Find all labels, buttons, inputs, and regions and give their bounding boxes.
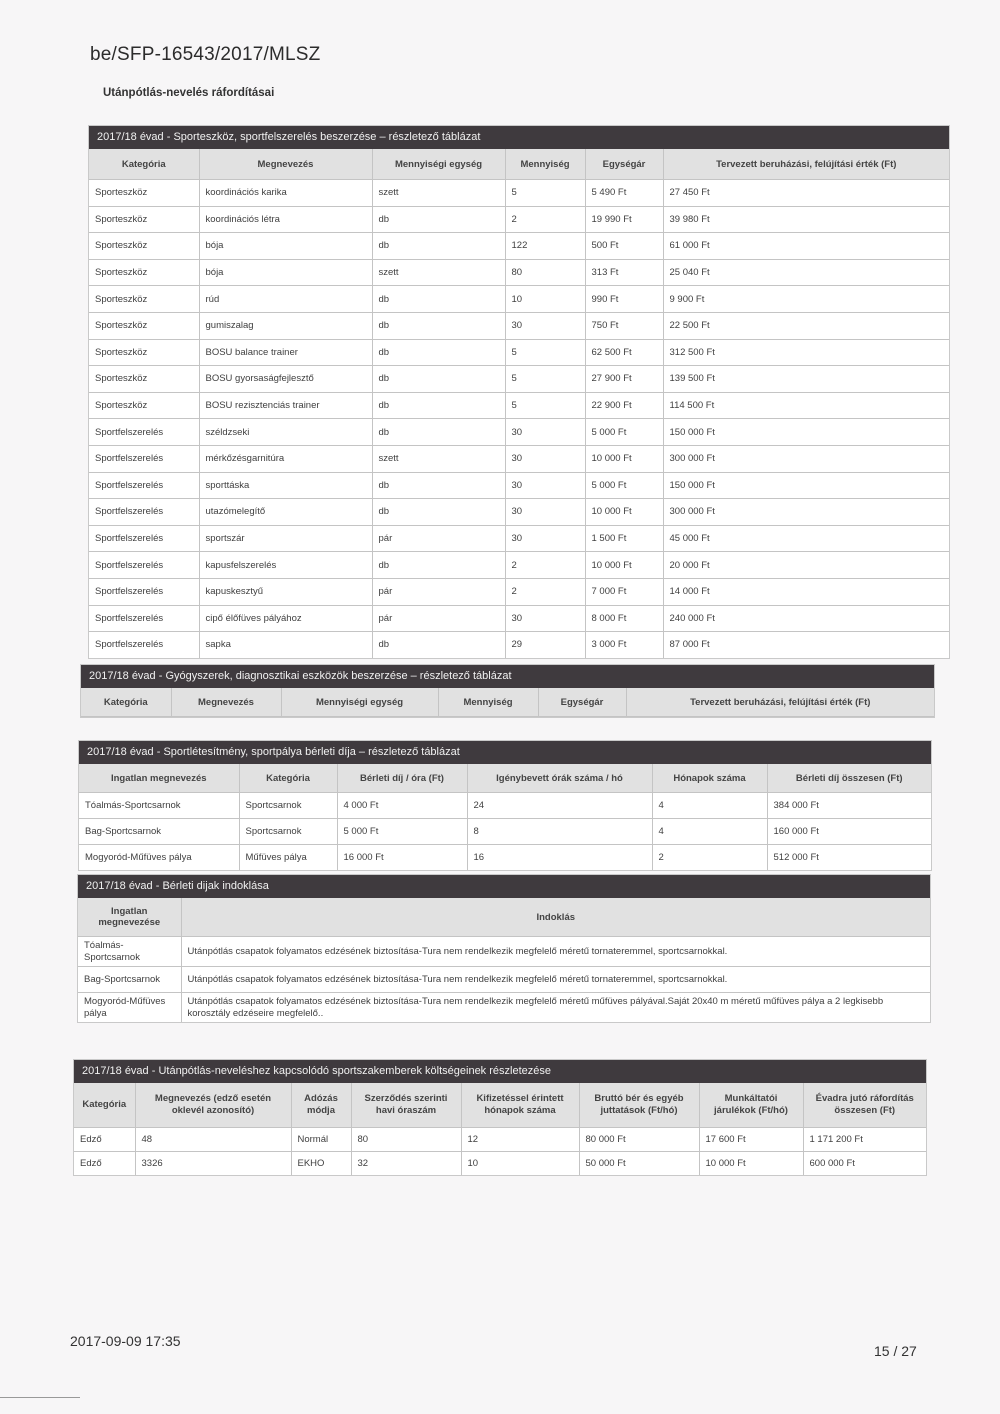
table-cell: Műfüves pálya	[239, 845, 337, 871]
table-cell: 4 000 Ft	[337, 793, 467, 819]
table-cell: Utánpótlás csapatok folyamatos edzésének…	[181, 993, 930, 1023]
table-row: Sportfelszerelésmérkőzésgarnitúraszett30…	[89, 445, 949, 472]
table-cell: 512 000 Ft	[767, 845, 931, 871]
table-row: Sportfelszereléssapkadb293 000 Ft87 000 …	[89, 632, 949, 658]
table-row: Sportfelszereléssporttáskadb305 000 Ft15…	[89, 472, 949, 499]
table-row: Sportfelszereléskapuskesztyűpár27 000 Ft…	[89, 578, 949, 605]
table-cell: Normál	[291, 1128, 351, 1152]
column-header: Munkáltatói járulékok (Ft/hó)	[699, 1083, 803, 1128]
table-cell: 62 500 Ft	[585, 339, 663, 366]
table-cell: 30	[505, 605, 585, 632]
table-cell: 20 000 Ft	[663, 552, 949, 579]
table-cell: Sporteszköz	[89, 312, 199, 339]
table-cell: 9 900 Ft	[663, 286, 949, 313]
table-cell: Utánpótlás csapatok folyamatos edzésének…	[181, 967, 930, 993]
header-row: KategóriaMegnevezésMennyiségi egységMenn…	[81, 688, 934, 717]
table-cell: gumiszalag	[199, 312, 372, 339]
table-row: Sporteszközkoordinációs létradb219 990 F…	[89, 206, 949, 233]
table-cell: 10 000 Ft	[585, 445, 663, 472]
table-cell: 1 500 Ft	[585, 525, 663, 552]
table-cell: 3326	[135, 1152, 291, 1176]
column-header: Mennyiség	[438, 688, 538, 717]
justification-table-header: Ingatlan megnevezéseIndoklás	[78, 898, 930, 937]
table-cell: 17 600 Ft	[699, 1128, 803, 1152]
table-cell: szett	[372, 259, 505, 286]
table-cell: db	[372, 312, 505, 339]
table-cell: 30	[505, 499, 585, 526]
table-cell: Sporteszköz	[89, 286, 199, 313]
table-cell: 1 171 200 Ft	[803, 1128, 926, 1152]
table-cell: 27 900 Ft	[585, 366, 663, 393]
table-cell: 30	[505, 312, 585, 339]
column-header: Tervezett beruházási, felújítási érték (…	[626, 688, 934, 717]
table-row: Bag-SportcsarnokUtánpótlás csapatok foly…	[78, 967, 930, 993]
table-row: Sporteszközbójaszett80313 Ft25 040 Ft	[89, 259, 949, 286]
table-cell: 50 000 Ft	[579, 1152, 699, 1176]
table-cell: 600 000 Ft	[803, 1152, 926, 1176]
table-cell: 312 500 Ft	[663, 339, 949, 366]
table-cell: 8 000 Ft	[585, 605, 663, 632]
page-number: 15 / 27	[874, 1343, 917, 1359]
table-cell: cipő élőfüves pályához	[199, 605, 372, 632]
table-cell: Mogyoród-Műfüves pálya	[78, 993, 181, 1023]
equipment-table-header: KategóriaMegnevezésMennyiségi egységMenn…	[89, 149, 949, 180]
table-cell: 10	[505, 286, 585, 313]
table-cell: BOSU gyorsaságfejlesztő	[199, 366, 372, 393]
table-row: Sportfelszereléskapusfelszerelésdb210 00…	[89, 552, 949, 579]
table-cell: rúd	[199, 286, 372, 313]
table-cell: 48	[135, 1128, 291, 1152]
section-title: Utánpótlás-nevelés ráfordításai	[103, 87, 274, 99]
table-cell: pár	[372, 525, 505, 552]
table-cell: db	[372, 286, 505, 313]
table-row: Tóalmás-SportcsarnokUtánpótlás csapatok …	[78, 937, 930, 967]
table-cell: db	[372, 552, 505, 579]
column-header: Ingatlan megnevezése	[78, 898, 181, 937]
table-row: Sportfelszereléscipő élőfüves pályáhozpá…	[89, 605, 949, 632]
table-cell: 80	[505, 259, 585, 286]
table-cell: koordinációs létra	[199, 206, 372, 233]
table-cell: 39 980 Ft	[663, 206, 949, 233]
table-cell: Tóalmás-Sportcsarnok	[78, 937, 181, 967]
table-cell: 29	[505, 632, 585, 658]
column-header: Adózás módja	[291, 1083, 351, 1128]
table-cell: 24	[467, 793, 652, 819]
table-cell: 30	[505, 419, 585, 446]
table-row: Tóalmás-SportcsarnokSportcsarnok4 000 Ft…	[79, 793, 931, 819]
table-cell: Edző	[74, 1152, 135, 1176]
table-cell: 500 Ft	[585, 233, 663, 260]
rental-table-header: Ingatlan megnevezésKategóriaBérleti díj …	[79, 764, 931, 793]
justification-table-title: 2017/18 évad - Bérleti dijak indoklása	[78, 875, 930, 898]
footer-divider	[0, 1397, 80, 1398]
table-cell: 10	[461, 1152, 579, 1176]
table-cell: 22 500 Ft	[663, 312, 949, 339]
column-header: Mennyiség	[505, 149, 585, 180]
column-header: Bérleti díj / óra (Ft)	[337, 764, 467, 793]
table-row: Bag-SportcsarnokSportcsarnok5 000 Ft8416…	[79, 819, 931, 845]
table-cell: db	[372, 419, 505, 446]
table-row: Sporteszközrúddb10990 Ft9 900 Ft	[89, 286, 949, 313]
table-cell: koordinációs karika	[199, 180, 372, 207]
table-cell: db	[372, 472, 505, 499]
medicine-table-header: KategóriaMegnevezésMennyiségi egységMenn…	[81, 688, 934, 717]
table-cell: mérkőzésgarnitúra	[199, 445, 372, 472]
column-header: Indoklás	[181, 898, 930, 937]
table-cell: db	[372, 233, 505, 260]
table-cell: 3 000 Ft	[585, 632, 663, 658]
table-row: Sporteszközbójadb122500 Ft61 000 Ft	[89, 233, 949, 260]
medicine-table-title: 2017/18 évad - Gyógyszerek, diagnosztika…	[81, 665, 934, 688]
table-cell: Utánpótlás csapatok folyamatos edzésének…	[181, 937, 930, 967]
table-cell: 8	[467, 819, 652, 845]
table-cell: bója	[199, 233, 372, 260]
table-cell: Sportfelszerelés	[89, 552, 199, 579]
table-cell: Sportfelszerelés	[89, 632, 199, 658]
table-cell: utazómelegítő	[199, 499, 372, 526]
table-cell: Sportcsarnok	[239, 793, 337, 819]
table-cell: pár	[372, 605, 505, 632]
table-cell: 25 040 Ft	[663, 259, 949, 286]
equipment-table: 2017/18 évad - Sporteszköz, sportfelszer…	[88, 125, 950, 659]
table-cell: Mogyoród-Műfüves pálya	[79, 845, 239, 871]
table-cell: 114 500 Ft	[663, 392, 949, 419]
table-cell: 5	[505, 339, 585, 366]
table-cell: 5 000 Ft	[585, 472, 663, 499]
table-row: Edző3326EKHO321050 000 Ft10 000 Ft600 00…	[74, 1152, 926, 1176]
column-header: Évadra jutó ráfordítás összesen (Ft)	[803, 1083, 926, 1128]
column-header: Igénybevett órák száma / hó	[467, 764, 652, 793]
table-cell: 14 000 Ft	[663, 578, 949, 605]
table-cell: 4	[652, 819, 767, 845]
header-row: KategóriaMegnevezés (edző esetén oklevél…	[74, 1083, 926, 1128]
table-cell: EKHO	[291, 1152, 351, 1176]
table-cell: db	[372, 632, 505, 658]
table-cell: 10 000 Ft	[585, 499, 663, 526]
table-cell: db	[372, 392, 505, 419]
justification-table-body: Tóalmás-SportcsarnokUtánpótlás csapatok …	[78, 937, 930, 1023]
table-cell: 5	[505, 180, 585, 207]
table-cell: Tóalmás-Sportcsarnok	[79, 793, 239, 819]
table-row: Mogyoród-Műfüves pályaMűfüves pálya16 00…	[79, 845, 931, 871]
table-cell: Edző	[74, 1128, 135, 1152]
table-cell: 30	[505, 445, 585, 472]
table-cell: Sportfelszerelés	[89, 419, 199, 446]
column-header: Ingatlan megnevezés	[79, 764, 239, 793]
table-cell: 5 000 Ft	[337, 819, 467, 845]
table-cell: Sporteszköz	[89, 259, 199, 286]
staff-table: 2017/18 évad - Utánpótlás-neveléshez kap…	[73, 1059, 927, 1176]
table-cell: sportszár	[199, 525, 372, 552]
equipment-table-body: Sporteszközkoordinációs karikaszett55 49…	[89, 180, 949, 658]
table-cell: 10 000 Ft	[699, 1152, 803, 1176]
table-row: SporteszközBOSU balance trainerdb562 500…	[89, 339, 949, 366]
justification-table: 2017/18 évad - Bérleti dijak indoklása I…	[77, 874, 931, 1023]
table-row: SporteszközBOSU rezisztenciás trainerdb5…	[89, 392, 949, 419]
column-header: Kategória	[74, 1083, 135, 1128]
column-header: Tervezett beruházási, felújítási érték (…	[663, 149, 949, 180]
column-header: Szerződés szerinti havi óraszám	[351, 1083, 461, 1128]
medicine-table: 2017/18 évad - Gyógyszerek, diagnosztika…	[80, 664, 935, 718]
table-cell: 2	[505, 206, 585, 233]
table-cell: 10 000 Ft	[585, 552, 663, 579]
header-row: Ingatlan megnevezéseIndoklás	[78, 898, 930, 937]
staff-table-body: Edző48Normál801280 000 Ft17 600 Ft1 171 …	[74, 1128, 926, 1176]
table-cell: 4	[652, 793, 767, 819]
table-cell: pár	[372, 578, 505, 605]
staff-table-title: 2017/18 évad - Utánpótlás-neveléshez kap…	[74, 1060, 926, 1083]
table-cell: 12	[461, 1128, 579, 1152]
column-header: Bruttó bér és egyéb juttatások (Ft/hó)	[579, 1083, 699, 1128]
table-cell: kapusfelszerelés	[199, 552, 372, 579]
table-cell: Sportfelszerelés	[89, 445, 199, 472]
table-cell: BOSU rezisztenciás trainer	[199, 392, 372, 419]
column-header: Kategória	[89, 149, 199, 180]
table-cell: Sportfelszerelés	[89, 525, 199, 552]
column-header: Kifizetéssel érintett hónapok száma	[461, 1083, 579, 1128]
table-row: Sportfelszerelésszéldzsekidb305 000 Ft15…	[89, 419, 949, 446]
table-cell: 750 Ft	[585, 312, 663, 339]
table-row: Edző48Normál801280 000 Ft17 600 Ft1 171 …	[74, 1128, 926, 1152]
table-cell: 16	[467, 845, 652, 871]
table-cell: 80 000 Ft	[579, 1128, 699, 1152]
rental-table-body: Tóalmás-SportcsarnokSportcsarnok4 000 Ft…	[79, 793, 931, 871]
table-cell: 2	[652, 845, 767, 871]
table-cell: db	[372, 339, 505, 366]
table-cell: 5	[505, 366, 585, 393]
table-cell: Bag-Sportcsarnok	[79, 819, 239, 845]
print-timestamp: 2017-09-09 17:35	[70, 1333, 181, 1349]
table-cell: sapka	[199, 632, 372, 658]
table-cell: 27 450 Ft	[663, 180, 949, 207]
column-header: Mennyiségi egység	[281, 688, 438, 717]
table-row: Mogyoród-Műfüves pályaUtánpótlás csapato…	[78, 993, 930, 1023]
table-cell: Sporteszköz	[89, 366, 199, 393]
table-cell: 87 000 Ft	[663, 632, 949, 658]
column-header: Mennyiségi egység	[372, 149, 505, 180]
rental-table-title: 2017/18 évad - Sportlétesítmény, sportpá…	[79, 741, 931, 764]
table-cell: BOSU balance trainer	[199, 339, 372, 366]
column-header: Megnevezés (edző esetén oklevél azonosít…	[135, 1083, 291, 1128]
table-cell: 16 000 Ft	[337, 845, 467, 871]
table-row: Sporteszközgumiszalagdb30750 Ft22 500 Ft	[89, 312, 949, 339]
table-cell: 300 000 Ft	[663, 499, 949, 526]
table-cell: 160 000 Ft	[767, 819, 931, 845]
staff-table-header: KategóriaMegnevezés (edző esetén oklevél…	[74, 1083, 926, 1128]
table-cell: db	[372, 366, 505, 393]
table-cell: 22 900 Ft	[585, 392, 663, 419]
table-cell: 30	[505, 525, 585, 552]
table-cell: Sporteszköz	[89, 206, 199, 233]
table-cell: 32	[351, 1152, 461, 1176]
table-row: Sporteszközkoordinációs karikaszett55 49…	[89, 180, 949, 207]
table-cell: 122	[505, 233, 585, 260]
header-row: KategóriaMegnevezésMennyiségi egységMenn…	[89, 149, 949, 180]
table-cell: Sportfelszerelés	[89, 605, 199, 632]
table-cell: 2	[505, 578, 585, 605]
table-cell: Bag-Sportcsarnok	[78, 967, 181, 993]
table-cell: bója	[199, 259, 372, 286]
table-cell: db	[372, 206, 505, 233]
table-cell: Sportfelszerelés	[89, 499, 199, 526]
column-header: Megnevezés	[199, 149, 372, 180]
table-row: Sportfelszerelésutazómelegítődb3010 000 …	[89, 499, 949, 526]
table-cell: 139 500 Ft	[663, 366, 949, 393]
table-cell: 5	[505, 392, 585, 419]
rental-table: 2017/18 évad - Sportlétesítmény, sportpá…	[78, 740, 932, 871]
table-cell: sporttáska	[199, 472, 372, 499]
table-cell: Sporteszköz	[89, 180, 199, 207]
table-cell: széldzseki	[199, 419, 372, 446]
table-cell: 313 Ft	[585, 259, 663, 286]
table-cell: 384 000 Ft	[767, 793, 931, 819]
table-cell: 7 000 Ft	[585, 578, 663, 605]
table-cell: Sportcsarnok	[239, 819, 337, 845]
table-cell: 45 000 Ft	[663, 525, 949, 552]
table-cell: db	[372, 499, 505, 526]
table-cell: szett	[372, 445, 505, 472]
column-header: Bérleti díj összesen (Ft)	[767, 764, 931, 793]
table-cell: 990 Ft	[585, 286, 663, 313]
table-cell: 150 000 Ft	[663, 419, 949, 446]
equipment-table-title: 2017/18 évad - Sporteszköz, sportfelszer…	[89, 126, 949, 149]
table-cell: 2	[505, 552, 585, 579]
table-cell: 19 990 Ft	[585, 206, 663, 233]
table-cell: 300 000 Ft	[663, 445, 949, 472]
table-cell: Sporteszköz	[89, 339, 199, 366]
table-cell: szett	[372, 180, 505, 207]
column-header: Hónapok száma	[652, 764, 767, 793]
header-row: Ingatlan megnevezésKategóriaBérleti díj …	[79, 764, 931, 793]
table-cell: 5 000 Ft	[585, 419, 663, 446]
column-header: Megnevezés	[171, 688, 281, 717]
table-cell: kapuskesztyű	[199, 578, 372, 605]
column-header: Egységár	[585, 149, 663, 180]
table-cell: 80	[351, 1128, 461, 1152]
column-header: Kategória	[81, 688, 171, 717]
table-cell: Sporteszköz	[89, 392, 199, 419]
table-cell: 5 490 Ft	[585, 180, 663, 207]
table-cell: 150 000 Ft	[663, 472, 949, 499]
table-row: SporteszközBOSU gyorsaságfejlesztődb527 …	[89, 366, 949, 393]
table-row: Sportfelszereléssportszárpár301 500 Ft45…	[89, 525, 949, 552]
document-id: be/SFP-16543/2017/MLSZ	[90, 44, 320, 66]
table-cell: 30	[505, 472, 585, 499]
table-cell: Sportfelszerelés	[89, 472, 199, 499]
table-cell: 61 000 Ft	[663, 233, 949, 260]
table-cell: 240 000 Ft	[663, 605, 949, 632]
column-header: Kategória	[239, 764, 337, 793]
table-cell: Sportfelszerelés	[89, 578, 199, 605]
column-header: Egységár	[538, 688, 626, 717]
table-cell: Sporteszköz	[89, 233, 199, 260]
